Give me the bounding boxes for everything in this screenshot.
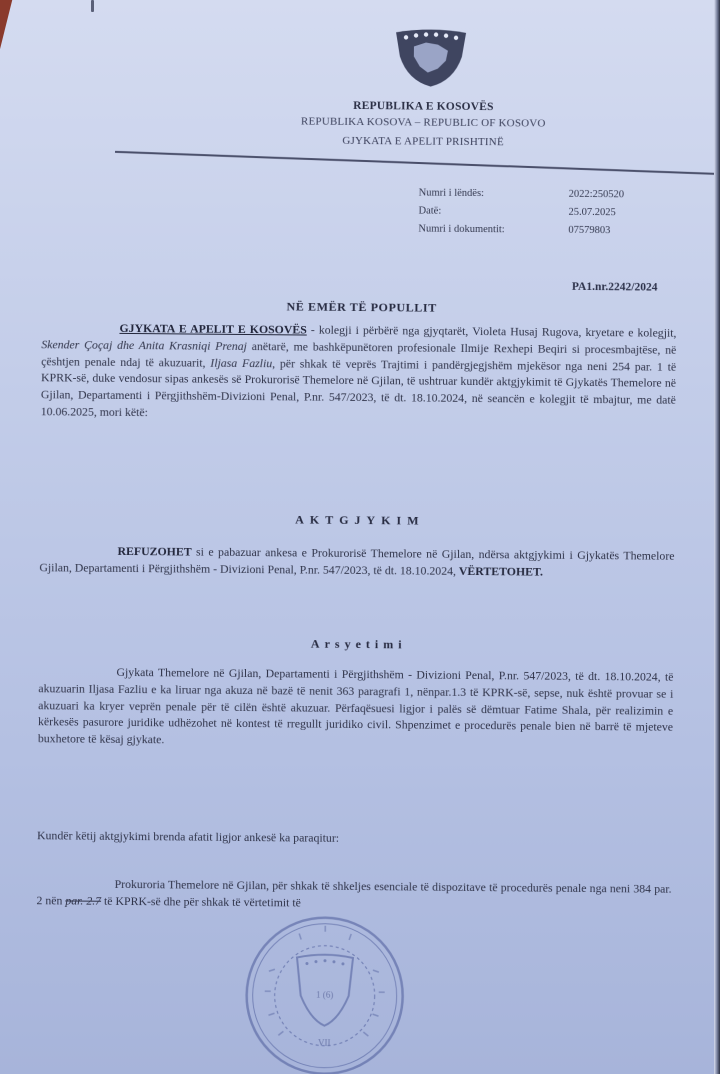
header-republic-multilingual: REPUBLIKA KOSOVA – REPUBLIC OF KOSOVO: [258, 115, 588, 130]
verdict-rejected: REFUZOHET: [117, 544, 191, 559]
photo-right-edge: [714, 0, 720, 1074]
stamp-center-text: 1 (6): [316, 990, 333, 1000]
reasoning-paragraph: Gjykata Themelore në Gjilan, Departament…: [38, 663, 674, 753]
header-divider: [115, 151, 715, 175]
verdict-paragraph: REFUZOHET si e pabazuar ankesa e Prokuro…: [39, 542, 674, 581]
accused-name: Iljasa Fazliu: [210, 355, 272, 370]
meta-row-document-number: Numri i dokumentit: 07579803: [418, 219, 698, 239]
heading-reasoning: Arsyetimi: [0, 634, 719, 655]
case-number: PA1.nr.2242/2024: [572, 281, 658, 294]
verdict-confirmed: VËRTETOHET.: [459, 564, 543, 579]
intro-text: - kolegji i përbërë nga gjyqtarët, Viole…: [307, 323, 677, 340]
document-photo: REPUBLIKA E KOSOVËS REPUBLIKA KOSOVA – R…: [0, 0, 720, 1074]
appeal-text: të KPRK-së dhe për shkak të vërtetimit t…: [101, 894, 301, 910]
kosovo-coat-of-arms-icon: [392, 26, 471, 89]
reasoning-text: Gjykata Themelore në Gjilan, Departament…: [38, 665, 674, 747]
heading-verdict: AKTGJYKIM: [0, 510, 720, 531]
meta-label: Datë:: [418, 205, 568, 217]
court-name-bold: GJYKATA E APELIT E KOSOVËS: [119, 321, 306, 337]
meta-value: 25.07.2025: [568, 206, 615, 217]
header-court-name: GJYKATA E APELIT PRISHTINË: [273, 134, 573, 149]
court-judgment-page: REPUBLIKA E KOSOVËS REPUBLIKA KOSOVA – R…: [0, 0, 720, 1074]
header-republic-albanian: REPUBLIKA E KOSOVËS: [273, 99, 573, 114]
meta-value: 07579803: [568, 224, 610, 235]
appeal-intro-text: Kundër këtij aktgjykimi brenda afatit li…: [37, 828, 339, 845]
meta-label: Numri i lëndës:: [419, 187, 569, 199]
appeal-paragraph: Prokuroria Themelore në Gjilan, për shka…: [36, 875, 671, 914]
document-metadata: Numri i lëndës: 2022:250520 Datë: 25.07.…: [418, 184, 698, 240]
intro-paragraph: GJYKATA E APELIT E KOSOVËS - kolegji i p…: [41, 319, 677, 425]
panel-judges: Skender Çoçaj dhe Anita Krasniqi Prenaj: [41, 337, 247, 353]
stamp-bottom-text: VII: [318, 1038, 331, 1048]
struck-reference: par. 2.7: [65, 893, 101, 907]
meta-value: 2022:250520: [569, 188, 625, 199]
meta-label: Numri i dokumentit:: [418, 223, 568, 235]
heading-in-the-name-of-the-people: NË EMËR TË POPULLIT: [2, 297, 720, 318]
appeal-intro-paragraph: Kundër këtij aktgjykimi brenda afatit li…: [37, 827, 672, 849]
court-seal-stamp-icon: 1 (6) VII: [238, 911, 411, 1074]
